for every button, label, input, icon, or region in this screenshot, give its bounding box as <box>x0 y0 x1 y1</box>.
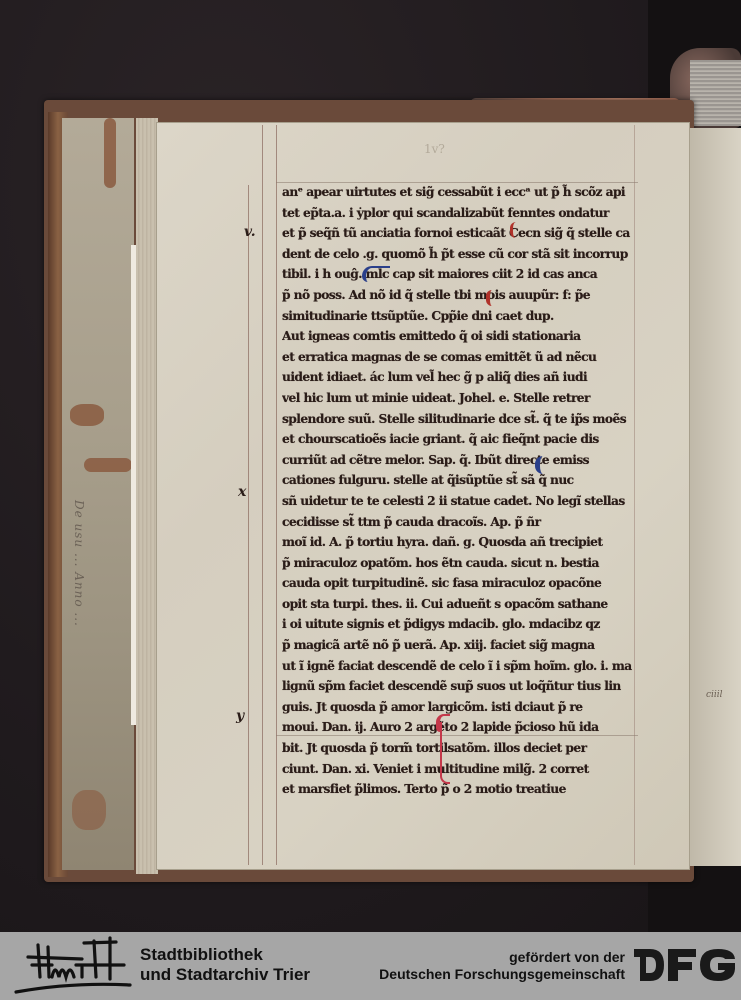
text-line: et marsfiet p̃limos. Terto p̃ o 2 motio … <box>282 779 635 800</box>
text-line: p̃ magicã artẽ nõ p̃ uerã. Ap. xiij. fac… <box>282 635 635 656</box>
stain <box>70 404 104 426</box>
text-line: lignũ sp̃m faciet descendẽ sup̃ suos ut … <box>282 676 635 697</box>
text-line: ut ĩ ignẽ faciat descendẽ de celo ĩ i sp… <box>282 656 635 677</box>
page-edges <box>136 118 158 874</box>
text-line: Aut igneas comtis emittedo q̃ oi sidi st… <box>282 326 635 347</box>
text-line: guis. Jt quosda p̃ amor largicõm. isti d… <box>282 697 635 718</box>
rubric-initial-tail <box>440 722 450 784</box>
library-name-line1: Stadtbibliothek <box>140 945 310 965</box>
facing-leaf-edge <box>688 128 741 866</box>
text-line: ciunt. Dan. xi. Veniet i multitudine mil… <box>282 759 635 780</box>
text-line: uident idiaet. ác lum vel̃ hec g̃ p aliq… <box>282 367 635 388</box>
text-line: et p̃ seq̃ñ tũ anciatia fornoi esticaãt … <box>282 223 635 244</box>
lombard-initial-blue <box>535 456 545 474</box>
library-name-line2: und Stadtarchiv Trier <box>140 965 310 985</box>
spine-inscription: De usu ... Anno ... <box>72 500 86 627</box>
text-line: bit. Jt quosda p̃ torm̃ tortilsatõm. ill… <box>282 738 635 759</box>
trier-library-logo-icon <box>12 935 132 995</box>
text-line: moui. Dan. ij. Auro 2 argẽto 2 lapide p̃… <box>282 717 635 738</box>
text-line: splendore suũ. Stelle silitudinarie dce … <box>282 409 635 430</box>
funding-line2: Deutschen Forschungsgemeinschaft <box>379 966 625 983</box>
text-line: tibil. i h ouĝ. mlc cap sit maiores ciit… <box>282 264 635 285</box>
text-line: opit sta turpi. thes. ii. Cui adueñt s o… <box>282 594 635 615</box>
facing-leaf-note: ciiil <box>706 690 723 700</box>
margin-letter-x: x <box>238 484 246 500</box>
text-line: et chourscatioẽs iacie griant. q̃ aic fi… <box>282 429 635 450</box>
text-line: et erratica magnas de se comas emittẽt ũ… <box>282 347 635 368</box>
stain <box>104 118 116 188</box>
page-stack-edge <box>690 60 741 126</box>
lombard-initial-blue <box>362 266 390 282</box>
text-line: tet ep̃ta.a. i ẏplor qui scandalizabũt f… <box>282 203 635 224</box>
dfg-logo-icon <box>632 947 736 983</box>
ruling-line <box>276 125 277 865</box>
stain <box>72 790 106 830</box>
text-line: sñ uidetur te te celesti 2 ii statue cad… <box>282 491 635 512</box>
rubric-initial <box>510 222 520 238</box>
ruling-line <box>248 185 249 865</box>
ruling-line <box>262 125 263 865</box>
text-line: anᵉ apear uirtutes et sig̃ cessabũt i ec… <box>282 182 635 203</box>
text-line: dent de celo .g. quomõ h̃ p̃t esse cũ co… <box>282 244 635 265</box>
library-name: Stadtbibliothek und Stadtarchiv Trier <box>140 945 310 985</box>
text-line: curriũt ad cẽtre melor. Sap. q̃. Ibũt di… <box>282 450 635 471</box>
stain <box>84 458 132 472</box>
text-line: cationes fulguru. stelle at q̃isũptũe st… <box>282 470 635 491</box>
margin-letter-v: v. <box>244 224 256 240</box>
text-line: i oi uitute signis et p̃digys mdacib. gl… <box>282 614 635 635</box>
footer-banner: Stadtbibliothek und Stadtarchiv Trier ge… <box>0 932 741 1000</box>
text-line: p̃ nõ poss. Ad nõ id q̃ stelle tbi mois … <box>282 285 635 306</box>
text-line: simitudinarie ttsũptũe. Cpp̃ie dni caet … <box>282 306 635 327</box>
text-line: p̃ miraculoz opatõm. hos ẽtn cauda. sicu… <box>282 553 635 574</box>
text-line: cauda opit turpitudinẽ. sic fasa miracul… <box>282 573 635 594</box>
manuscript-text-block: anᵉ apear uirtutes et sig̃ cessabũt i ec… <box>282 182 642 800</box>
text-line: vel hic lum ut minie uideat. Johel. e. S… <box>282 388 635 409</box>
rubric-initial <box>486 290 494 306</box>
text-line: cecidisse st̃ ttm p̃ cauda dracoĩs. Ap. … <box>282 512 635 533</box>
folio-mark: 1v? <box>424 142 445 156</box>
text-line: moĩ id. A. p̃ tortiu hyra. dañ. g. Quosd… <box>282 532 635 553</box>
funding-line1: gefördert von der <box>379 949 625 966</box>
funding-statement: gefördert von der Deutschen Forschungsge… <box>379 949 625 983</box>
pastedown-leaf <box>62 118 134 870</box>
margin-letter-y: y <box>236 708 244 724</box>
